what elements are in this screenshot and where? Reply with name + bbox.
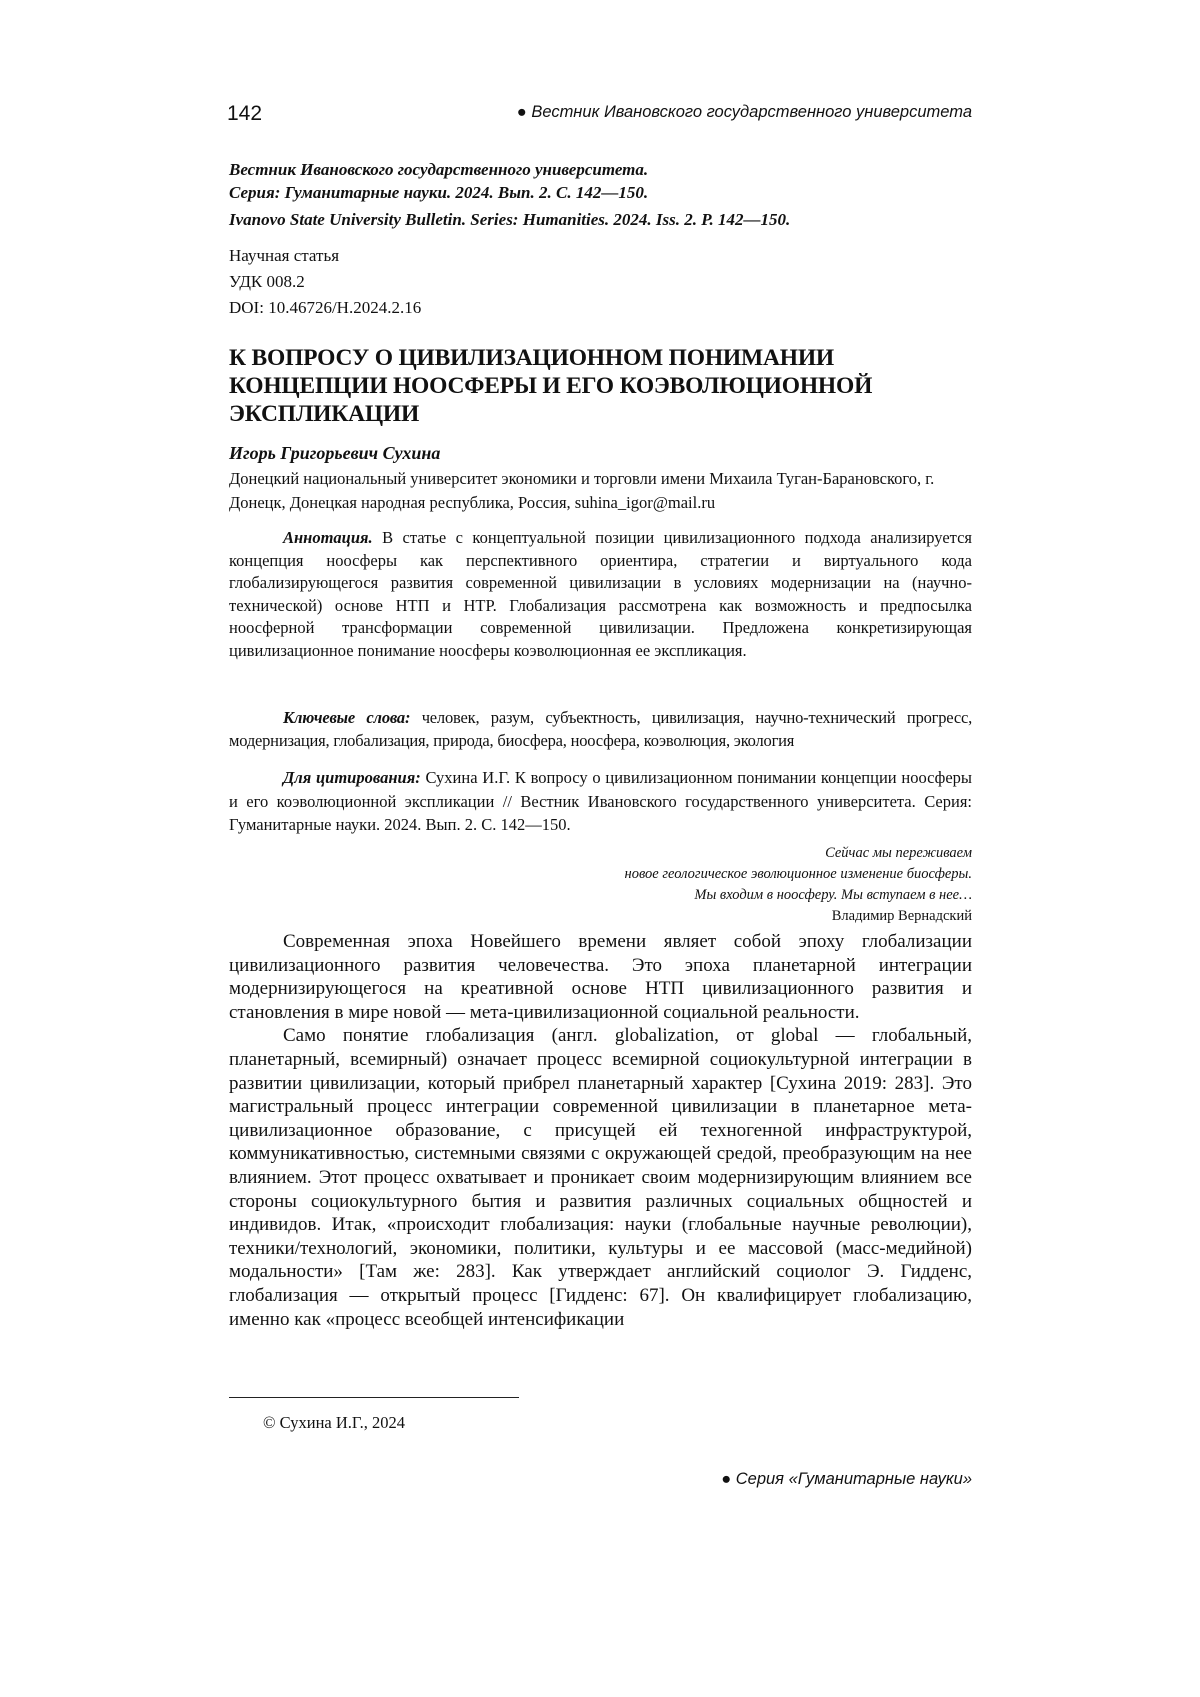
biblio-en: Ivanovo State University Bulletin. Serie… xyxy=(229,208,972,231)
title-line: экспликации xyxy=(229,400,972,428)
doi: DOI: 10.46726/H.2024.2.16 xyxy=(229,295,972,321)
abstract-label: Аннотация. xyxy=(283,528,373,547)
epigraph-line: Мы входим в ноосферу. Мы вступаем в нее… xyxy=(229,885,972,906)
article-meta: Научная статья УДК 008.2 DOI: 10.46726/H… xyxy=(229,243,972,321)
citation-label: Для цитирования: xyxy=(283,768,421,787)
epigraph-line: Сейчас мы переживаем xyxy=(229,843,972,864)
body-paragraph: Современная эпоха Новейшего времени явля… xyxy=(229,930,972,1024)
running-foot-series: ● Серия «Гуманитарные науки» xyxy=(721,1470,972,1489)
epigraph: Сейчас мы переживаем новое геологическое… xyxy=(229,843,972,927)
article-type: Научная статья xyxy=(229,243,972,269)
author-affiliation: Донецкий национальный университет эконом… xyxy=(229,467,972,515)
article-title: К вопросу о цивилизационном понимании ко… xyxy=(229,344,972,428)
title-line: концепции ноосферы и его коэволюционной xyxy=(229,372,972,400)
biblio-ru-line2: Серия: Гуманитарные науки. 2024. Вып. 2.… xyxy=(229,181,972,204)
bibliographic-reference: Вестник Ивановского государственного уни… xyxy=(229,158,972,231)
copyright-note: © Сухина И.Г., 2024 xyxy=(263,1413,405,1433)
keywords-label: Ключевые слова: xyxy=(283,708,410,727)
body-paragraph: Само понятие глобализация (англ. globali… xyxy=(229,1024,972,1331)
document-page: 142 ● Вестник Ивановского государственно… xyxy=(0,0,1200,1697)
author-name: Игорь Григорьевич Сухина xyxy=(229,443,972,464)
keywords: Ключевые слова: человек, разум, субъектн… xyxy=(229,706,972,752)
running-head: 142 ● Вестник Ивановского государственно… xyxy=(227,100,972,130)
biblio-ru-line1: Вестник Ивановского государственного уни… xyxy=(229,158,972,181)
udc-code: УДК 008.2 xyxy=(229,269,972,295)
title-line: К вопросу о цивилизационном понимании xyxy=(229,344,972,372)
page-number: 142 xyxy=(227,102,262,126)
citation: Для цитирования: Сухина И.Г. К вопросу о… xyxy=(229,766,972,837)
abstract: Аннотация. В статье с концептуальной поз… xyxy=(229,527,972,662)
epigraph-line: новое геологическое эволюционное изменен… xyxy=(229,864,972,885)
footnote-divider xyxy=(229,1397,519,1398)
epigraph-attribution: Владимир Вернадский xyxy=(229,906,972,927)
body-text: Современная эпоха Новейшего времени явля… xyxy=(229,930,972,1331)
journal-running-title: ● Вестник Ивановского государственного у… xyxy=(517,103,972,122)
abstract-text: В статье с концептуальной позиции цивили… xyxy=(229,528,972,660)
